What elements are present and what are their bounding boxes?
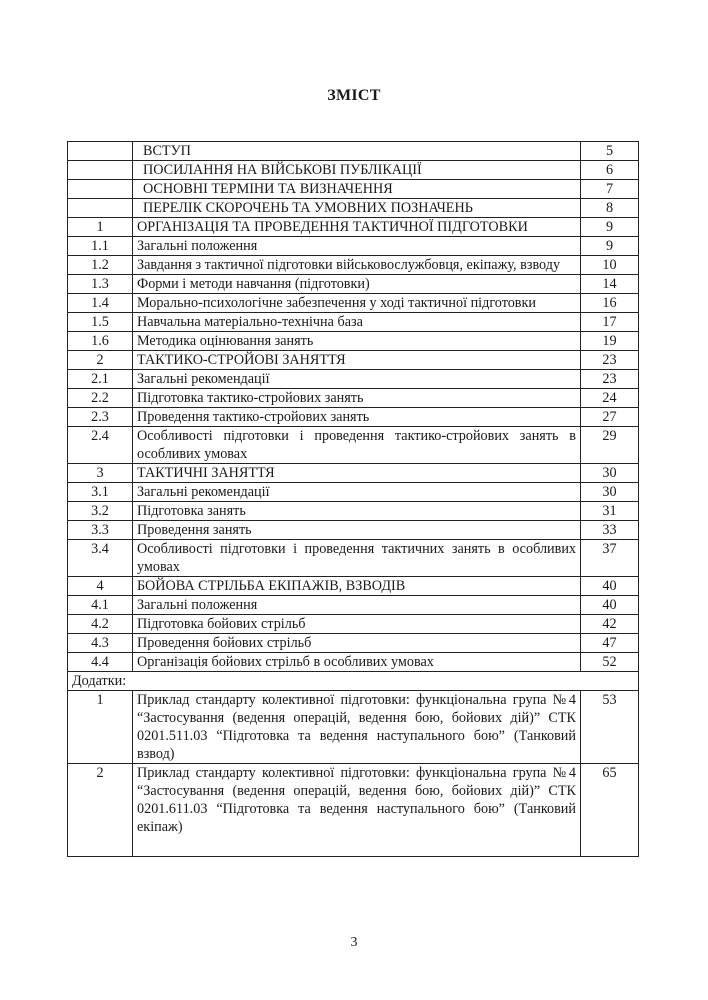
- toc-number: 4.3: [68, 634, 133, 653]
- toc-page: 27: [581, 408, 639, 427]
- toc-row[interactable]: ПОСИЛАННЯ НА ВІЙСЬКОВІ ПУБЛІКАЦІЇ6: [68, 161, 639, 180]
- toc-number: 4.4: [68, 653, 133, 672]
- toc-row[interactable]: ПЕРЕЛІК СКОРОЧЕНЬ ТА УМОВНИХ ПОЗНАЧЕНЬ8: [68, 199, 639, 218]
- toc-page: 6: [581, 161, 639, 180]
- toc-page: 8: [581, 199, 639, 218]
- appendix-title[interactable]: Приклад стандарту колективної підготовки…: [133, 691, 581, 764]
- toc-body: ВСТУП5ПОСИЛАННЯ НА ВІЙСЬКОВІ ПУБЛІКАЦІЇ6…: [68, 142, 639, 857]
- toc-page: 19: [581, 332, 639, 351]
- toc-row[interactable]: 3.4Особливості підготовки і проведення т…: [68, 540, 639, 577]
- toc-title[interactable]: Загальні рекомендації: [133, 370, 581, 389]
- toc-number: 4.1: [68, 596, 133, 615]
- toc-page: 47: [581, 634, 639, 653]
- toc-row[interactable]: 1.4Морально-психологічне забезпечення у …: [68, 294, 639, 313]
- toc-page: 31: [581, 502, 639, 521]
- toc-page: 29: [581, 427, 639, 464]
- appendix-number: 2: [68, 764, 133, 857]
- toc-row[interactable]: 1.1Загальні положення9: [68, 237, 639, 256]
- toc-title[interactable]: Особливості підготовки і проведення такт…: [133, 540, 581, 577]
- appendix-number: 1: [68, 691, 133, 764]
- toc-title[interactable]: Морально-психологічне забезпечення у ход…: [133, 294, 581, 313]
- toc-page: 30: [581, 483, 639, 502]
- toc-row[interactable]: 4.3Проведення бойових стрільб47: [68, 634, 639, 653]
- toc-title[interactable]: Проведення занять: [133, 521, 581, 540]
- toc-title[interactable]: Загальні рекомендації: [133, 483, 581, 502]
- toc-title[interactable]: ОСНОВНІ ТЕРМІНИ ТА ВИЗНАЧЕННЯ: [133, 180, 581, 199]
- toc-title[interactable]: Навчальна матеріально-технічна база: [133, 313, 581, 332]
- toc-title[interactable]: Завдання з тактичної підготовки військов…: [133, 256, 581, 275]
- appendix-page: 53: [581, 691, 639, 764]
- toc-row[interactable]: ВСТУП5: [68, 142, 639, 161]
- toc-page: 30: [581, 464, 639, 483]
- toc-row[interactable]: 2.2Підготовка тактико-стройових занять24: [68, 389, 639, 408]
- toc-page: 10: [581, 256, 639, 275]
- toc-page: 16: [581, 294, 639, 313]
- toc-row[interactable]: 1.6Методика оцінювання занять19: [68, 332, 639, 351]
- toc-number: 1.3: [68, 275, 133, 294]
- toc-title[interactable]: ВСТУП: [133, 142, 581, 161]
- toc-number: 2.3: [68, 408, 133, 427]
- appendix-page: 65: [581, 764, 639, 857]
- toc-title[interactable]: Підготовка бойових стрільб: [133, 615, 581, 634]
- toc-row[interactable]: 2ТАКТИКО-СТРОЙОВІ ЗАНЯТТЯ23: [68, 351, 639, 370]
- toc-title[interactable]: ТАКТИКО-СТРОЙОВІ ЗАНЯТТЯ: [133, 351, 581, 370]
- toc-page: 5: [581, 142, 639, 161]
- toc-title[interactable]: ПОСИЛАННЯ НА ВІЙСЬКОВІ ПУБЛІКАЦІЇ: [133, 161, 581, 180]
- toc-row[interactable]: 3ТАКТИЧНІ ЗАНЯТТЯ30: [68, 464, 639, 483]
- toc-title[interactable]: ОРГАНІЗАЦІЯ ТА ПРОВЕДЕННЯ ТАКТИЧНОЇ ПІДГ…: [133, 218, 581, 237]
- toc-number: 2.1: [68, 370, 133, 389]
- toc-title[interactable]: Методика оцінювання занять: [133, 332, 581, 351]
- toc-number: 4.2: [68, 615, 133, 634]
- appendix-row[interactable]: 1Приклад стандарту колективної підготовк…: [68, 691, 639, 764]
- toc-title[interactable]: Підготовка занять: [133, 502, 581, 521]
- toc-row[interactable]: 3.2Підготовка занять31: [68, 502, 639, 521]
- toc-page: 23: [581, 370, 639, 389]
- toc-page: 40: [581, 577, 639, 596]
- toc-number: [68, 161, 133, 180]
- toc-title[interactable]: БОЙОВА СТРІЛЬБА ЕКІПАЖІВ, ВЗВОДІВ: [133, 577, 581, 596]
- toc-number: 2.2: [68, 389, 133, 408]
- toc-title[interactable]: Організація бойових стрільб в особливих …: [133, 653, 581, 672]
- toc-row[interactable]: 4.4Організація бойових стрільб в особлив…: [68, 653, 639, 672]
- toc-row[interactable]: 4.2Підготовка бойових стрільб42: [68, 615, 639, 634]
- toc-page: 24: [581, 389, 639, 408]
- toc-page: 14: [581, 275, 639, 294]
- toc-row[interactable]: 2.3Проведення тактико-стройових занять27: [68, 408, 639, 427]
- toc-number: 1.5: [68, 313, 133, 332]
- table-of-contents: ВСТУП5ПОСИЛАННЯ НА ВІЙСЬКОВІ ПУБЛІКАЦІЇ6…: [67, 141, 639, 857]
- toc-row[interactable]: 3.1Загальні рекомендації30: [68, 483, 639, 502]
- toc-number: 3.2: [68, 502, 133, 521]
- toc-page: 52: [581, 653, 639, 672]
- toc-title[interactable]: Загальні положення: [133, 237, 581, 256]
- toc-number: 3.4: [68, 540, 133, 577]
- toc-row[interactable]: 3.3Проведення занять33: [68, 521, 639, 540]
- toc-title[interactable]: Проведення бойових стрільб: [133, 634, 581, 653]
- appendices-label: Додатки:: [68, 672, 639, 691]
- toc-number: 1: [68, 218, 133, 237]
- toc-page: 40: [581, 596, 639, 615]
- toc-number: 3: [68, 464, 133, 483]
- toc-number: [68, 199, 133, 218]
- toc-title[interactable]: Підготовка тактико-стройових занять: [133, 389, 581, 408]
- toc-page: 42: [581, 615, 639, 634]
- toc-number: 1.2: [68, 256, 133, 275]
- toc-number: 1.1: [68, 237, 133, 256]
- toc-title[interactable]: ТАКТИЧНІ ЗАНЯТТЯ: [133, 464, 581, 483]
- toc-row[interactable]: 1.2Завдання з тактичної підготовки війсь…: [68, 256, 639, 275]
- toc-page: 23: [581, 351, 639, 370]
- appendices-header-row: Додатки:: [68, 672, 639, 691]
- toc-title[interactable]: Проведення тактико-стройових занять: [133, 408, 581, 427]
- toc-number: 4: [68, 577, 133, 596]
- page-number: 3: [0, 935, 708, 951]
- toc-title[interactable]: Загальні положення: [133, 596, 581, 615]
- toc-row[interactable]: 2.1Загальні рекомендації23: [68, 370, 639, 389]
- toc-number: 1.4: [68, 294, 133, 313]
- toc-page: 7: [581, 180, 639, 199]
- toc-row[interactable]: 1ОРГАНІЗАЦІЯ ТА ПРОВЕДЕННЯ ТАКТИЧНОЇ ПІД…: [68, 218, 639, 237]
- toc-number: [68, 142, 133, 161]
- toc-row[interactable]: 4.1Загальні положення40: [68, 596, 639, 615]
- toc-page: 33: [581, 521, 639, 540]
- toc-title[interactable]: Особливості підготовки і проведення такт…: [133, 427, 581, 464]
- toc-number: 1.6: [68, 332, 133, 351]
- page-title: ЗМІСТ: [0, 87, 708, 105]
- appendix-row[interactable]: 2Приклад стандарту колективної підготовк…: [68, 764, 639, 857]
- toc-number: [68, 180, 133, 199]
- toc-page: 9: [581, 237, 639, 256]
- toc-number: 2.4: [68, 427, 133, 464]
- toc-row[interactable]: 1.5Навчальна матеріально-технічна база17: [68, 313, 639, 332]
- appendix-title[interactable]: Приклад стандарту колективної підготовки…: [133, 764, 581, 857]
- toc-page: 9: [581, 218, 639, 237]
- toc-title[interactable]: ПЕРЕЛІК СКОРОЧЕНЬ ТА УМОВНИХ ПОЗНАЧЕНЬ: [133, 199, 581, 218]
- toc-row[interactable]: 1.3Форми і методи навчання (підготовки)1…: [68, 275, 639, 294]
- toc-row[interactable]: ОСНОВНІ ТЕРМІНИ ТА ВИЗНАЧЕННЯ7: [68, 180, 639, 199]
- toc-number: 3.1: [68, 483, 133, 502]
- toc-page: 37: [581, 540, 639, 577]
- toc-row[interactable]: 4БОЙОВА СТРІЛЬБА ЕКІПАЖІВ, ВЗВОДІВ40: [68, 577, 639, 596]
- toc-page: 17: [581, 313, 639, 332]
- toc-row[interactable]: 2.4Особливості підготовки і проведення т…: [68, 427, 639, 464]
- toc-number: 2: [68, 351, 133, 370]
- toc-title[interactable]: Форми і методи навчання (підготовки): [133, 275, 581, 294]
- toc-number: 3.3: [68, 521, 133, 540]
